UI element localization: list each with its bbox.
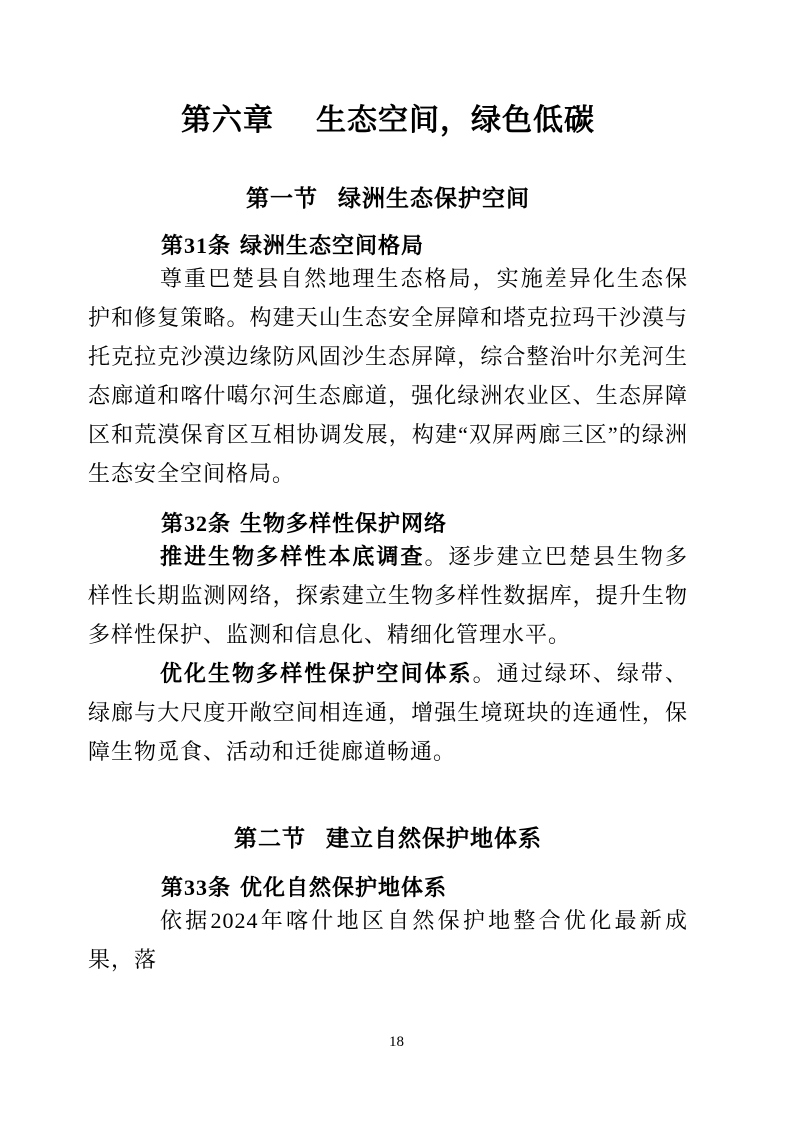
paragraph-nature-reserve: 依据2024年喀什地区自然保护地整合优化最新成果，落 <box>88 901 688 979</box>
article-32-title: 生物多样性保护网络 <box>240 511 447 536</box>
chapter-heading: 第六章生态空间，绿色低碳 <box>88 0 688 139</box>
page-number: 18 <box>0 1033 793 1051</box>
article-heading-32: 第32条生物多样性保护网络 <box>88 511 688 537</box>
section-1-number: 第一节 <box>246 185 318 211</box>
section-2-number: 第二节 <box>234 825 306 851</box>
section-1-title: 绿洲生态保护空间 <box>338 185 530 211</box>
paragraph-oasis-pattern: 尊重巴楚县自然地理生态格局，实施差异化生态保护和修复策略。构建天山生态安全屏障和… <box>88 259 688 493</box>
chapter-title: 生态空间，绿色低碳 <box>316 104 595 137</box>
article-33-title: 优化自然保护地体系 <box>240 875 447 900</box>
article-33-number: 第33条 <box>161 875 231 900</box>
paragraph-lead-survey: 推进生物多样性本底调查 <box>160 544 425 569</box>
article-heading-31: 第31条绿洲生态空间格局 <box>88 233 688 259</box>
section-2-title: 建立自然保护地体系 <box>326 825 542 851</box>
section-heading-1: 第一节绿洲生态保护空间 <box>88 185 688 211</box>
article-heading-33: 第33条优化自然保护地体系 <box>88 875 688 901</box>
chapter-number: 第六章 <box>181 104 274 137</box>
section-heading-2: 第二节建立自然保护地体系 <box>88 825 688 851</box>
paragraph-biodiversity-survey: 推进生物多样性本底调查。逐步建立巴楚县生物多样性长期监测网络，探索建立生物多样性… <box>88 537 688 654</box>
paragraph-biodiversity-space: 优化生物多样性保护空间体系。通过绿环、绿带、绿廊与大尺度开敞空间相连通，增强生境… <box>88 654 688 771</box>
article-31-title: 绿洲生态空间格局 <box>240 233 424 258</box>
paragraph-lead-space: 优化生物多样性保护空间体系 <box>160 661 473 686</box>
article-32-number: 第32条 <box>161 511 231 536</box>
document-content: 第六章生态空间，绿色低碳 第一节绿洲生态保护空间 第31条绿洲生态空间格局 尊重… <box>88 0 688 979</box>
article-31-number: 第31条 <box>161 233 231 258</box>
document-page: 第六章生态空间，绿色低碳 第一节绿洲生态保护空间 第31条绿洲生态空间格局 尊重… <box>0 0 793 1122</box>
